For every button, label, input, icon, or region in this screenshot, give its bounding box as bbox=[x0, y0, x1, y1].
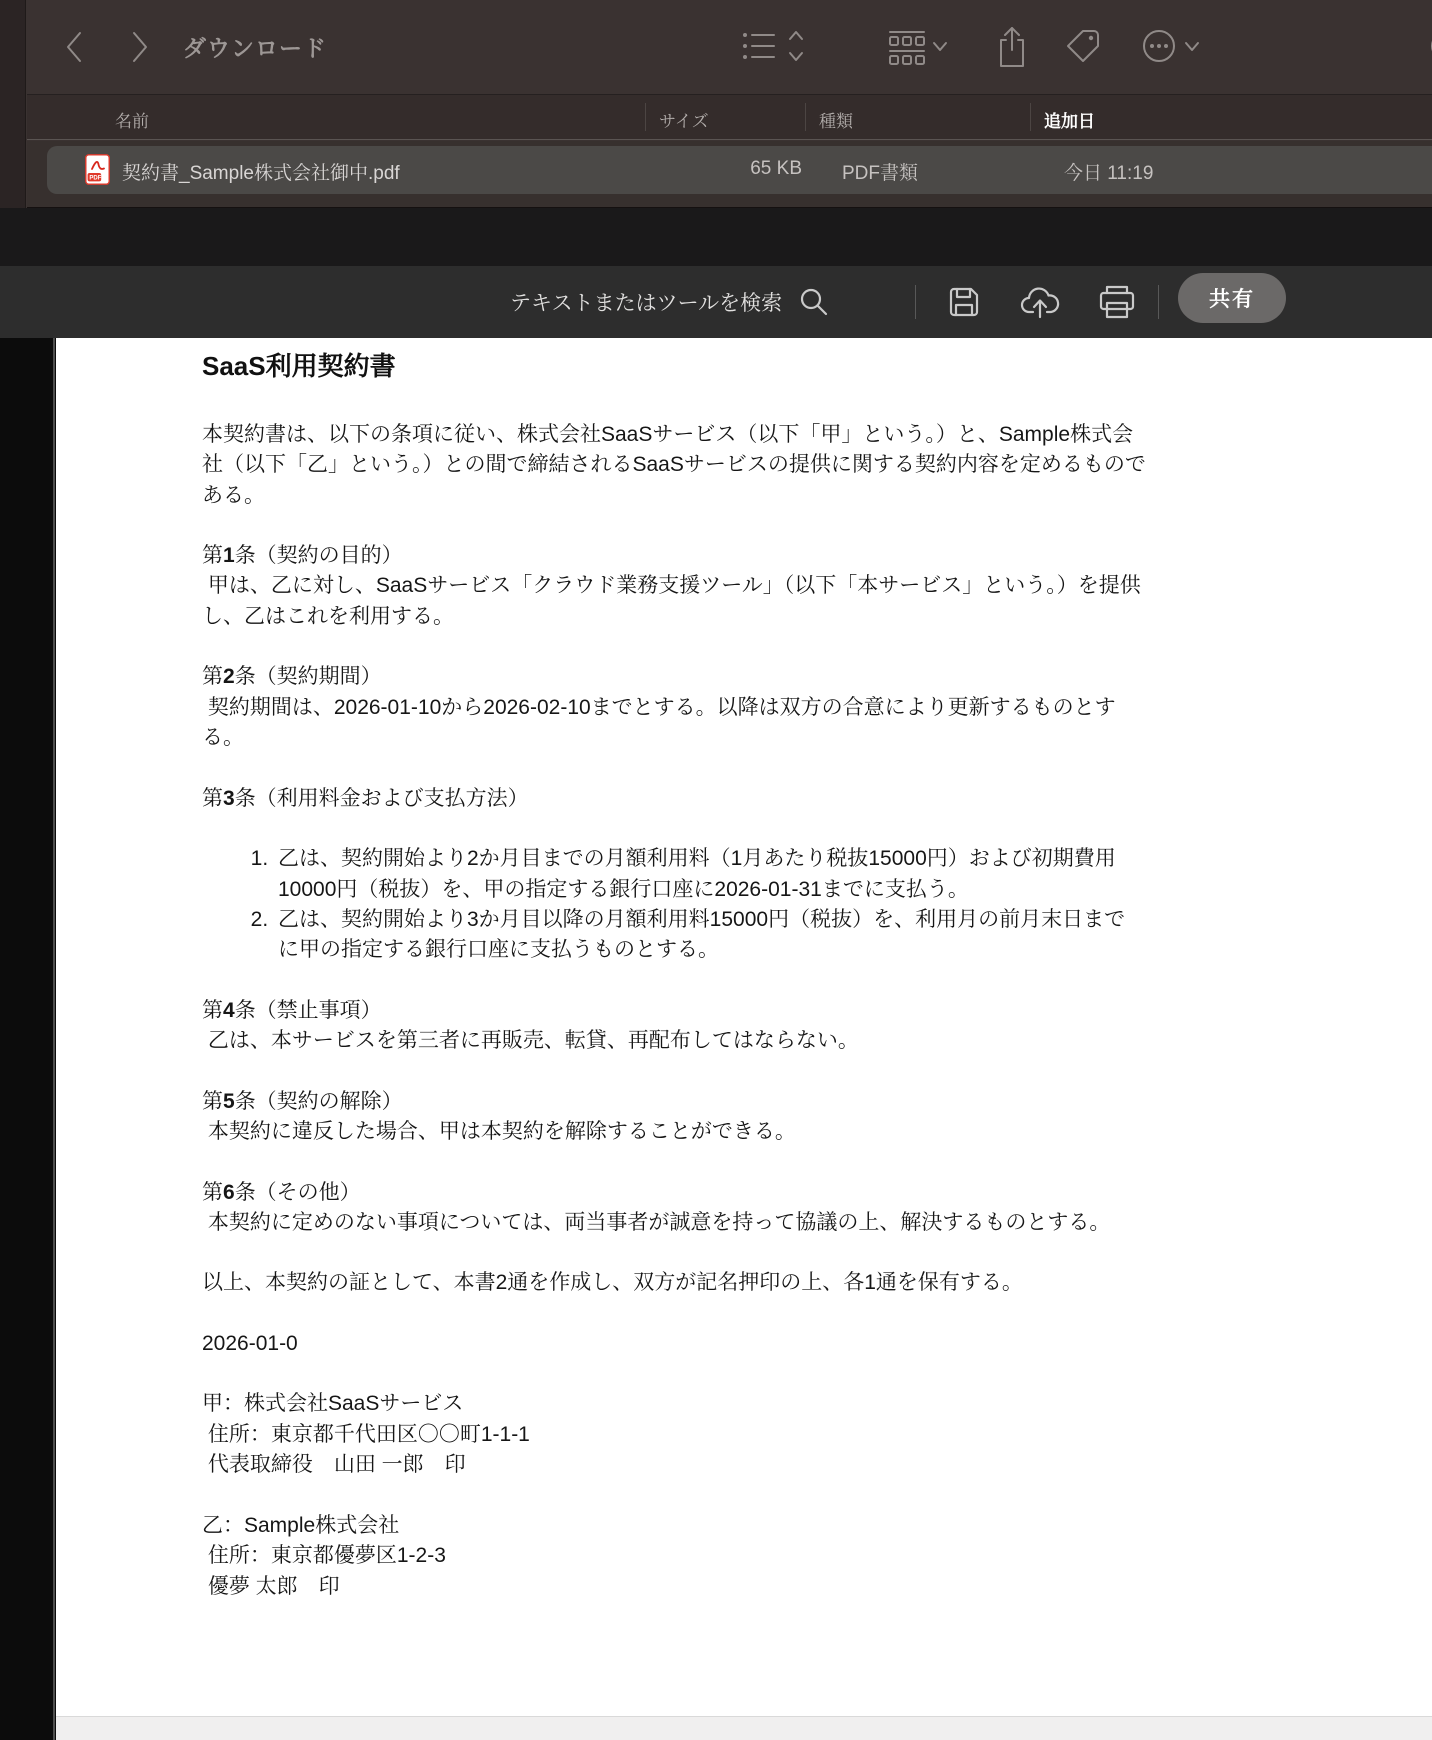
list-item: 乙は、契約開始より3か月目以降の月額利用料15000円（税抜）を、利用月の前月末… bbox=[274, 905, 1146, 966]
list-column-header: 名前 サイズ 種類 追加日 bbox=[27, 94, 1432, 140]
chevron-left-icon bbox=[63, 30, 85, 64]
tag-icon bbox=[1063, 24, 1105, 68]
share-button[interactable] bbox=[995, 24, 1029, 70]
printer-icon bbox=[1096, 283, 1138, 321]
pdf-content-area: SaaS利用契約書 本契約書は、以下の条項に従い、株式会社SaaSサービス（以下… bbox=[0, 338, 1432, 1740]
window-title: ダウンロード bbox=[183, 30, 327, 63]
article-2-heading: 第2条（契約期間） bbox=[202, 662, 1146, 692]
column-separator[interactable] bbox=[1030, 103, 1031, 131]
svg-text:PDF: PDF bbox=[89, 176, 101, 182]
finder-window: ダウンロード bbox=[0, 0, 1432, 208]
article-6-body: 本契約に定めのない事項については、両当事者が誠意を持って協議の上、解決するものと… bbox=[202, 1208, 1146, 1238]
share-pill-button[interactable]: 共有 bbox=[1178, 273, 1286, 323]
viewer-edge-line bbox=[53, 338, 55, 1740]
search-field[interactable]: テキストまたはツールを検索 bbox=[510, 266, 830, 338]
article-1-heading: 第1条（契約の目的） bbox=[202, 541, 1146, 571]
page-end-background bbox=[56, 1716, 1432, 1740]
more-actions-button[interactable] bbox=[1139, 24, 1203, 68]
cloud-upload-button[interactable] bbox=[1018, 266, 1062, 338]
pdf-viewer-toolbar: テキストまたはツールを検索 共有 bbox=[0, 266, 1432, 338]
toolbar-divider bbox=[915, 285, 916, 319]
file-list: PDF 契約書_Sample株式会社御中.pdf 65 KB PDF書類 今日 … bbox=[27, 141, 1432, 208]
party-b-address: 住所：東京都優夢区1-2-3 bbox=[202, 1541, 1146, 1571]
contract-date: 2026-01-0 bbox=[202, 1329, 1146, 1359]
article-4-body: 乙は、本サービスを第三者に再販売、転貸、再配布してはならない。 bbox=[202, 1026, 1146, 1056]
file-name: 契約書_Sample株式会社御中.pdf bbox=[122, 158, 400, 185]
party-b-signer: 優夢 太郎 印 bbox=[202, 1572, 1146, 1602]
column-kind[interactable]: 種類 bbox=[819, 107, 853, 132]
toolbar-divider bbox=[1158, 285, 1159, 319]
payment-terms-list: 乙は、契約開始より2か月目までの月額利用料（1月あたり税抜15000円）および初… bbox=[202, 844, 1146, 966]
chevron-down-icon bbox=[1181, 24, 1203, 68]
pdf-page: SaaS利用契約書 本契約書は、以下の条項に従い、株式会社SaaSサービス（以下… bbox=[56, 338, 1432, 1716]
document-title: SaaS利用契約書 bbox=[202, 348, 1146, 386]
column-date-added[interactable]: 追加日 bbox=[1044, 107, 1095, 132]
file-date-added: 今日 11:19 bbox=[1064, 158, 1153, 185]
list-view-icon bbox=[741, 24, 787, 68]
finder-toolbar: ダウンロード bbox=[27, 0, 1432, 94]
search-icon bbox=[798, 286, 830, 318]
save-button[interactable] bbox=[945, 266, 983, 338]
article-1-body: 甲は、乙に対し、SaaSサービス「クラウド業務支援ツール」（以下「本サービス」と… bbox=[202, 571, 1146, 632]
background-band bbox=[0, 208, 1432, 266]
article-4-heading: 第4条（禁止事項） bbox=[202, 996, 1146, 1026]
view-options-button[interactable] bbox=[741, 24, 805, 68]
group-grid-icon bbox=[885, 24, 929, 68]
save-icon bbox=[945, 283, 983, 321]
print-button[interactable] bbox=[1096, 266, 1138, 338]
column-separator[interactable] bbox=[645, 103, 646, 131]
column-separator[interactable] bbox=[805, 103, 806, 131]
group-button[interactable] bbox=[885, 24, 951, 68]
intro-paragraph: 本契約書は、以下の条項に従い、株式会社SaaSサービス（以下「甲」という。）と、… bbox=[202, 420, 1146, 511]
party-b-name: 乙：Sample株式会社 bbox=[202, 1511, 1146, 1541]
contract-document: SaaS利用契約書 本契約書は、以下の条項に従い、株式会社SaaSサービス（以下… bbox=[56, 338, 1146, 1602]
share-icon bbox=[995, 24, 1029, 70]
file-row[interactable]: PDF 契約書_Sample株式会社御中.pdf 65 KB PDF書類 今日 … bbox=[47, 146, 1432, 194]
chevron-right-icon bbox=[129, 30, 151, 64]
article-5-body: 本契約に違反した場合、甲は本契約を解除することができる。 bbox=[202, 1117, 1146, 1147]
search-icon bbox=[1415, 24, 1432, 68]
article-2-body: 契約期間は、2026-01-10から2026-02-10までとする。以降は双方の… bbox=[202, 693, 1146, 754]
party-a-signer: 代表取締役 山田 一郎 印 bbox=[202, 1450, 1146, 1480]
article-3-heading: 第3条（利用料金および支払方法） bbox=[202, 784, 1146, 814]
search-button[interactable] bbox=[1415, 24, 1432, 68]
back-button[interactable] bbox=[55, 28, 93, 66]
file-size: 65 KB bbox=[687, 158, 802, 180]
cloud-upload-icon bbox=[1018, 283, 1062, 321]
column-name[interactable]: 名前 bbox=[115, 107, 149, 132]
list-item: 乙は、契約開始より2か月目までの月額利用料（1月あたり税抜15000円）および初… bbox=[274, 844, 1146, 905]
column-size[interactable]: サイズ bbox=[659, 107, 709, 132]
chevron-up-down-icon bbox=[787, 24, 805, 68]
party-a-name: 甲：株式会社SaaSサービス bbox=[202, 1389, 1146, 1419]
chevron-down-icon bbox=[929, 24, 951, 68]
article-5-heading: 第5条（契約の解除） bbox=[202, 1087, 1146, 1117]
forward-button[interactable] bbox=[121, 28, 159, 66]
pdf-file-icon: PDF bbox=[85, 154, 110, 185]
sidebar-edge bbox=[0, 0, 26, 208]
ellipsis-circle-icon bbox=[1139, 24, 1181, 68]
party-a-address: 住所：東京都千代田区〇〇町1-1-1 bbox=[202, 1420, 1146, 1450]
file-kind: PDF書類 bbox=[842, 158, 918, 185]
search-placeholder: テキストまたはツールを検索 bbox=[510, 287, 782, 317]
tags-button[interactable] bbox=[1063, 24, 1105, 68]
share-label: 共有 bbox=[1209, 283, 1255, 313]
article-6-heading: 第6条（その他） bbox=[202, 1178, 1146, 1208]
closing-paragraph: 以上、本契約の証として、本書2通を作成し、双方が記名押印の上、各1通を保有する。 bbox=[202, 1268, 1146, 1298]
